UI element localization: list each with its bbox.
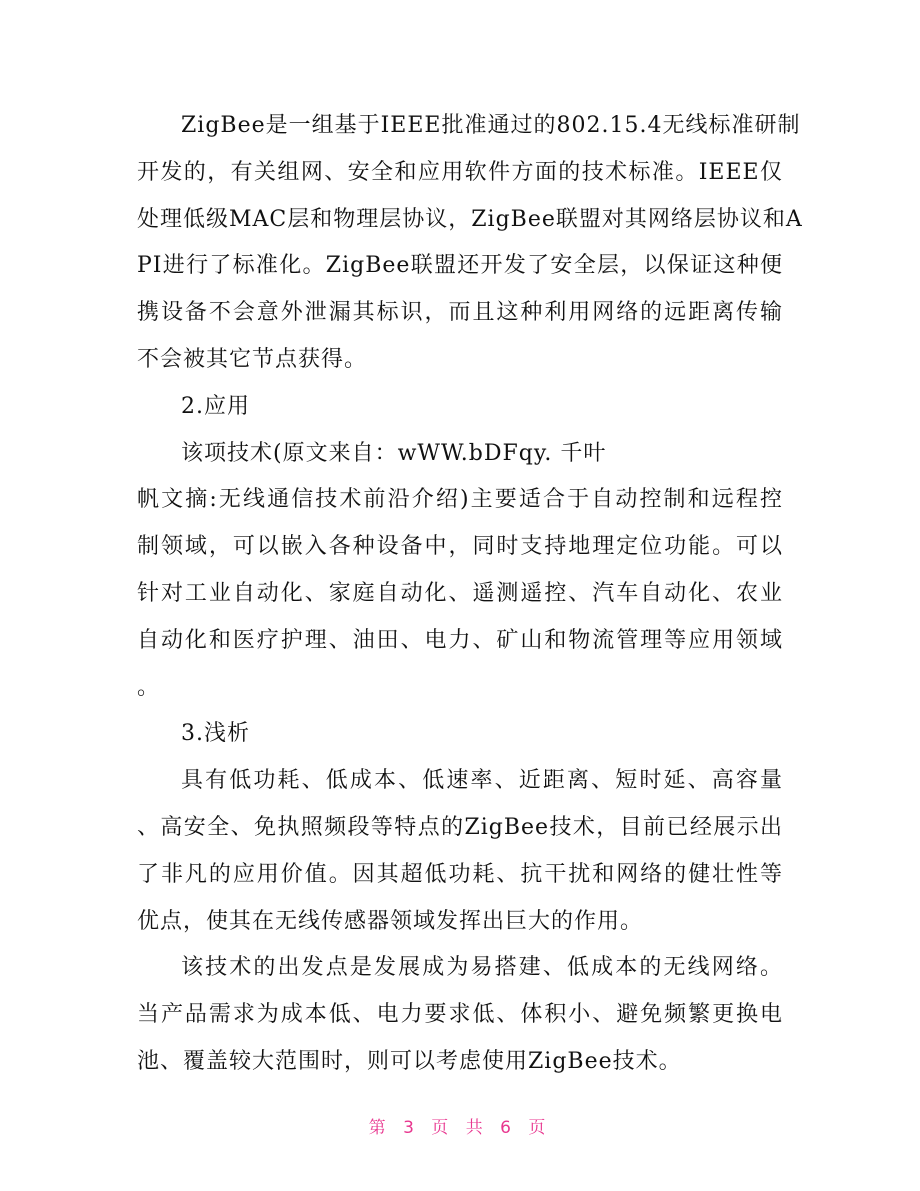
text-line: 池、覆盖较大范围时，则可以考虑使用ZigBee技术。 xyxy=(137,1039,783,1086)
text-line: 该项技术(原文来自：wWW.bDFqy. 千叶 xyxy=(137,431,783,478)
text-line: 制领域，可以嵌入各种设备中，同时支持地理定位功能。可以 xyxy=(137,524,783,571)
text-line: ZigBee是一组基于IEEE批准通过的802.15.4无线标准研制 xyxy=(137,103,783,150)
text-line: 具有低功耗、低成本、低速率、近距离、短时延、高容量 xyxy=(137,758,783,805)
text-line: 优点，使其在无线传感器领域发挥出巨大的作用。 xyxy=(137,899,783,946)
text-line: 该技术的出发点是发展成为易搭建、低成本的无线网络。 xyxy=(137,945,783,992)
text-line: 不会被其它节点获得。 xyxy=(137,337,783,384)
page-number-footer: 第 3 页 共 6 页 xyxy=(0,1113,920,1138)
document-page: ZigBee是一组基于IEEE批准通过的802.15.4无线标准研制 开发的，有… xyxy=(0,0,920,1191)
text-line: 了非凡的应用价值。因其超低功耗、抗干扰和网络的健壮性等 xyxy=(137,852,783,899)
text-line: 。 xyxy=(137,665,783,712)
text-line: PI进行了标准化。ZigBee联盟还开发了安全层，以保证这种便 xyxy=(137,243,783,290)
text-line: 处理低级MAC层和物理层协议，ZigBee联盟对其网络层协议和A xyxy=(137,197,783,244)
text-line: 携设备不会意外泄漏其标识，而且这种利用网络的远距离传输 xyxy=(137,290,783,337)
text-line: 针对工业自动化、家庭自动化、遥测遥控、汽车自动化、农业 xyxy=(137,571,783,618)
text-line: 、高安全、免执照频段等特点的ZigBee技术，目前已经展示出 xyxy=(137,805,783,852)
section-heading-application: 2.应用 xyxy=(137,384,783,431)
body-text: ZigBee是一组基于IEEE批准通过的802.15.4无线标准研制 开发的，有… xyxy=(137,103,783,1086)
text-line: 当产品需求为成本低、电力要求低、体积小、避免频繁更换电 xyxy=(137,992,783,1039)
text-line: 开发的，有关组网、安全和应用软件方面的技术标准。IEEE仅 xyxy=(137,150,783,197)
text-line: 自动化和医疗护理、油田、电力、矿山和物流管理等应用领域 xyxy=(137,618,783,665)
text-line: 帆文摘:无线通信技术前沿介绍)主要适合于自动控制和远程控 xyxy=(137,477,783,524)
section-heading-analysis: 3.浅析 xyxy=(137,711,783,758)
